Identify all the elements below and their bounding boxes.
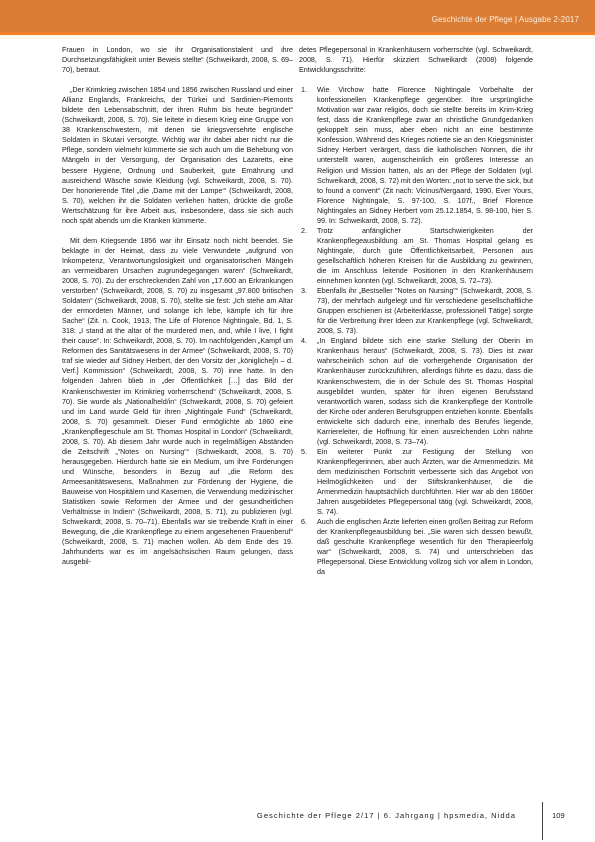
development-steps-list: 1. Wie Virchow hatte Florence Nightingal… (299, 85, 533, 577)
list-number: 6. (301, 517, 307, 527)
list-number: 5. (301, 447, 307, 457)
list-item: 5. Ein weiterer Punkt zur Festigung der … (299, 447, 533, 517)
list-number: 3. (301, 286, 307, 296)
page-footer: Geschichte der Pflege 2/17 | 6. Jahrgang… (0, 800, 595, 842)
right-column: detes Pflegepersonal in Krankenhäusern v… (299, 45, 533, 577)
list-text: Auch die englischen Ärzte lieferten eine… (317, 518, 533, 576)
journal-title: Geschichte der Pflege | Ausgabe 2-2017 (432, 15, 579, 24)
intro-paragraph: detes Pflegepersonal in Krankenhäusern v… (299, 45, 533, 75)
list-text: Ein weiterer Punkt zur Festigung der Ste… (317, 448, 533, 516)
page-number: 109 (552, 811, 565, 820)
header-bar: Geschichte der Pflege | Ausgabe 2-2017 (0, 0, 595, 35)
header-divider (0, 35, 595, 39)
list-number: 2. (301, 226, 307, 236)
left-column: Frauen in London, wo sie ihr Organisatio… (62, 45, 293, 577)
footer-divider (542, 802, 543, 840)
list-item: 1. Wie Virchow hatte Florence Nightingal… (299, 85, 533, 226)
list-item: 6. Auch die englischen Ärzte lieferten e… (299, 517, 533, 577)
list-item: 2. Trotz anfänglicher Startschwierigkeit… (299, 226, 533, 286)
footer-citation: Geschichte der Pflege 2/17 | 6. Jahrgang… (257, 811, 516, 820)
list-item: 4. „In England bildete sich eine starke … (299, 336, 533, 447)
list-text: Trotz anfänglicher Startschwierigkeiten … (317, 227, 533, 285)
list-item: 3. Ebenfalls ihr „Bestseller "Notes on N… (299, 286, 533, 336)
list-text: „In England bildete sich eine starke Ste… (317, 337, 533, 445)
list-number: 1. (301, 85, 307, 95)
paragraph: Mit dem Kriegsende 1856 war ihr Einsatz … (62, 236, 293, 568)
paragraph: Frauen in London, wo sie ihr Organisatio… (62, 45, 293, 75)
list-text: Wie Virchow hatte Florence Nightingale V… (317, 86, 533, 225)
paragraph: „Der Krimkrieg zwischen 1854 und 1856 zw… (62, 85, 293, 226)
list-text: Ebenfalls ihr „Bestseller "Notes on Nurs… (317, 287, 533, 335)
list-number: 4. (301, 336, 307, 346)
